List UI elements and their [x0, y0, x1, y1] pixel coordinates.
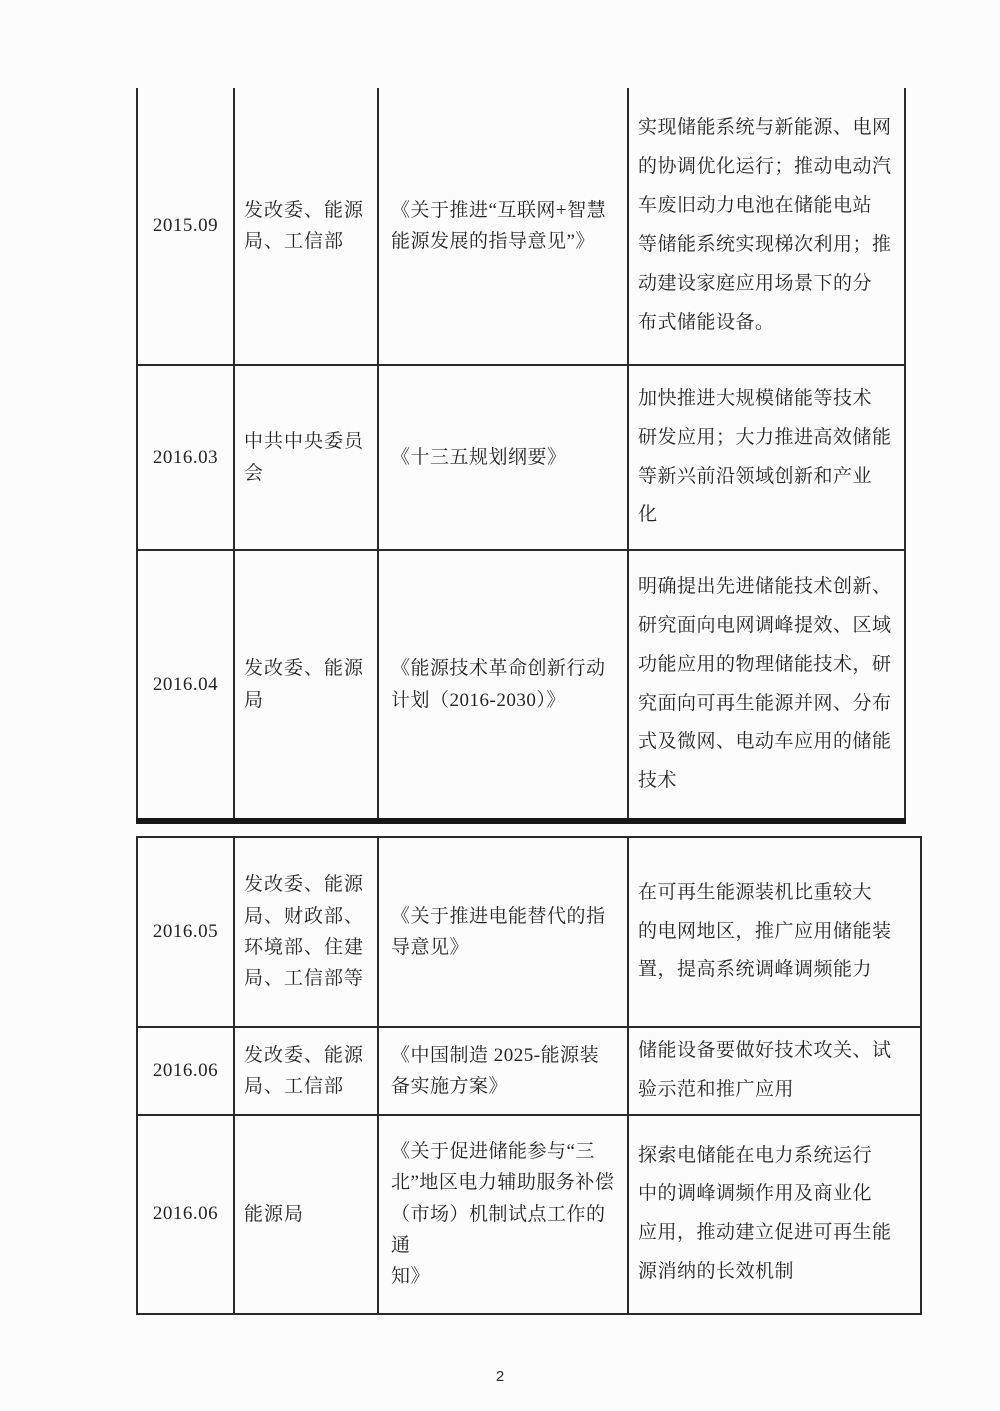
table-row: 2016.05 发改委、能源 局、财政部、 环境部、住建 局、工信部等 《关于推…	[137, 837, 921, 1027]
policy-content-cell: 储能设备要做好技术攻关、试 验示范和推广应用	[628, 1027, 921, 1115]
policy-date-cell: 2016.05	[137, 837, 234, 1027]
table-row: 2016.03 中共中央委员 会 《十三五规划纲要》 加快推进大规模储能等技术 …	[137, 365, 905, 550]
policy-table-section-2: 2016.05 发改委、能源 局、财政部、 环境部、住建 局、工信部等 《关于推…	[136, 836, 922, 1315]
policy-date-cell: 2016.06	[137, 1027, 234, 1115]
document-page: 2015.09 发改委、能源 局、工信部 《关于推进“互联网+智慧 能源发展的指…	[0, 0, 1000, 1411]
issuing-agency-cell: 发改委、能源 局	[234, 550, 378, 821]
policy-table-section-1: 2015.09 发改委、能源 局、工信部 《关于推进“互联网+智慧 能源发展的指…	[136, 88, 906, 824]
policy-title-cell: 《能源技术革命创新行动 计划（2016-2030）》	[378, 550, 628, 821]
policy-title-cell: 《十三五规划纲要》	[378, 365, 628, 550]
policy-date-cell: 2015.09	[137, 88, 234, 365]
issuing-agency-cell: 能源局	[234, 1115, 378, 1314]
policy-title-cell: 《关于推进电能替代的指 导意见》	[378, 837, 628, 1027]
issuing-agency-cell: 中共中央委员 会	[234, 365, 378, 550]
policy-content-cell: 加快推进大规模储能等技术 研发应用；大力推进高效储能 等新兴前沿领域创新和产业 …	[628, 365, 905, 550]
policy-date-cell: 2016.04	[137, 550, 234, 821]
policy-title-cell: 《关于促进储能参与“三 北”地区电力辅助服务补偿 （市场）机制试点工作的通 知》	[378, 1115, 628, 1314]
policy-title-cell: 《中国制造 2025-能源装 备实施方案》	[378, 1027, 628, 1115]
table-row: 2016.06 发改委、能源 局、工信部 《中国制造 2025-能源装 备实施方…	[137, 1027, 921, 1115]
policy-title-cell: 《关于推进“互联网+智慧 能源发展的指导意见”》	[378, 88, 628, 365]
policy-date-cell: 2016.03	[137, 365, 234, 550]
issuing-agency-cell: 发改委、能源 局、工信部	[234, 1027, 378, 1115]
policy-content-cell: 明确提出先进储能技术创新、 研究面向电网调峰提效、区域 功能应用的物理储能技术，…	[628, 550, 905, 821]
page-number: 2	[0, 1368, 1000, 1385]
policy-content-cell: 探索电储能在电力系统运行 中的调峰调频作用及商业化 应用，推动建立促进可再生能 …	[628, 1115, 921, 1314]
table-row: 2016.04 发改委、能源 局 《能源技术革命创新行动 计划（2016-203…	[137, 550, 905, 821]
table-row: 2015.09 发改委、能源 局、工信部 《关于推进“互联网+智慧 能源发展的指…	[137, 88, 905, 365]
policy-content-cell: 在可再生能源装机比重较大 的电网地区，推广应用储能装 置，提高系统调峰调频能力	[628, 837, 921, 1027]
policy-content-cell: 实现储能系统与新能源、电网 的协调优化运行；推动电动汽 车废旧动力电池在储能电站…	[628, 88, 905, 365]
issuing-agency-cell: 发改委、能源 局、财政部、 环境部、住建 局、工信部等	[234, 837, 378, 1027]
table-row: 2016.06 能源局 《关于促进储能参与“三 北”地区电力辅助服务补偿 （市场…	[137, 1115, 921, 1314]
issuing-agency-cell: 发改委、能源 局、工信部	[234, 88, 378, 365]
policy-date-cell: 2016.06	[137, 1115, 234, 1314]
